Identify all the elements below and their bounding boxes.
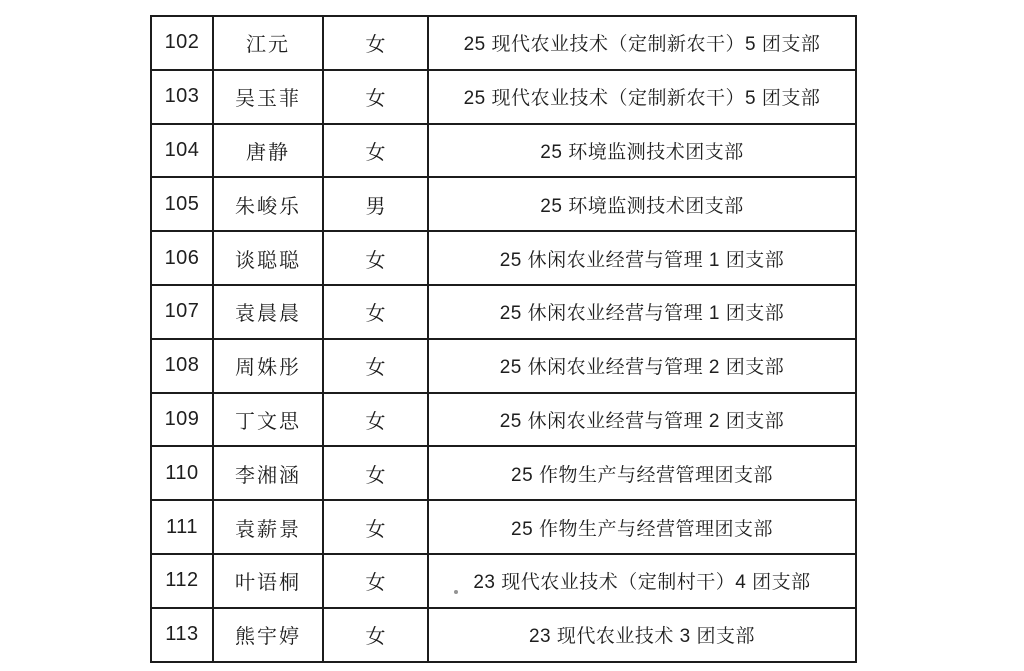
gender-cell: 女: [323, 231, 428, 285]
table-row: 106谈聪聪女25 休闲农业经营与管理 1 团支部: [151, 231, 856, 285]
row-number-cell: 103: [151, 70, 213, 124]
row-number-cell: 112: [151, 554, 213, 608]
table-row: 105朱峻乐男25 环境监测技术团支部: [151, 177, 856, 231]
document-page: 102江元女25 现代农业技术（定制新农干）5 团支部103吴玉菲女25 现代农…: [0, 0, 1024, 671]
name-cell: 江元: [213, 16, 323, 70]
row-number-cell: 113: [151, 608, 213, 662]
gender-cell: 女: [323, 16, 428, 70]
table-row: 107袁晨晨女25 休闲农业经营与管理 1 团支部: [151, 285, 856, 339]
row-number-cell: 111: [151, 500, 213, 554]
name-cell: 袁薪景: [213, 500, 323, 554]
table-row: 103吴玉菲女25 现代农业技术（定制新农干）5 团支部: [151, 70, 856, 124]
table-row: 108周姝彤女25 休闲农业经营与管理 2 团支部: [151, 339, 856, 393]
gender-cell: 女: [323, 446, 428, 500]
table-row: 109丁文思女25 休闲农业经营与管理 2 团支部: [151, 393, 856, 447]
name-cell: 袁晨晨: [213, 285, 323, 339]
row-number-cell: 102: [151, 16, 213, 70]
name-cell: 周姝彤: [213, 339, 323, 393]
name-cell: 丁文思: [213, 393, 323, 447]
name-cell: 吴玉菲: [213, 70, 323, 124]
name-cell: 叶语桐: [213, 554, 323, 608]
name-cell: 熊宇婷: [213, 608, 323, 662]
branch-cell: 23 现代农业技术（定制村干）4 团支部: [428, 554, 856, 608]
roster-table: 102江元女25 现代农业技术（定制新农干）5 团支部103吴玉菲女25 现代农…: [150, 15, 857, 663]
table-row: 112叶语桐女23 现代农业技术（定制村干）4 团支部: [151, 554, 856, 608]
table-row: 110李湘涵女25 作物生产与经营管理团支部: [151, 446, 856, 500]
gender-cell: 男: [323, 177, 428, 231]
branch-cell: 25 环境监测技术团支部: [428, 124, 856, 178]
gender-cell: 女: [323, 339, 428, 393]
gender-cell: 女: [323, 500, 428, 554]
row-number-cell: 109: [151, 393, 213, 447]
branch-cell: 25 现代农业技术（定制新农干）5 团支部: [428, 16, 856, 70]
scan-speck-artifact: [454, 590, 458, 594]
table-row: 102江元女25 现代农业技术（定制新农干）5 团支部: [151, 16, 856, 70]
name-cell: 唐静: [213, 124, 323, 178]
name-cell: 谈聪聪: [213, 231, 323, 285]
gender-cell: 女: [323, 393, 428, 447]
branch-cell: 25 作物生产与经营管理团支部: [428, 446, 856, 500]
gender-cell: 女: [323, 285, 428, 339]
branch-cell: 25 环境监测技术团支部: [428, 177, 856, 231]
roster-table-body: 102江元女25 现代农业技术（定制新农干）5 团支部103吴玉菲女25 现代农…: [151, 16, 856, 662]
gender-cell: 女: [323, 124, 428, 178]
branch-cell: 25 休闲农业经营与管理 1 团支部: [428, 231, 856, 285]
branch-cell: 25 现代农业技术（定制新农干）5 团支部: [428, 70, 856, 124]
branch-cell: 25 休闲农业经营与管理 2 团支部: [428, 339, 856, 393]
row-number-cell: 107: [151, 285, 213, 339]
gender-cell: 女: [323, 608, 428, 662]
branch-cell: 25 休闲农业经营与管理 1 团支部: [428, 285, 856, 339]
table-row: 104唐静女25 环境监测技术团支部: [151, 124, 856, 178]
table-row: 111袁薪景女25 作物生产与经营管理团支部: [151, 500, 856, 554]
row-number-cell: 105: [151, 177, 213, 231]
name-cell: 朱峻乐: [213, 177, 323, 231]
row-number-cell: 104: [151, 124, 213, 178]
branch-cell: 25 休闲农业经营与管理 2 团支部: [428, 393, 856, 447]
row-number-cell: 110: [151, 446, 213, 500]
gender-cell: 女: [323, 70, 428, 124]
branch-cell: 25 作物生产与经营管理团支部: [428, 500, 856, 554]
table-row: 113熊宇婷女23 现代农业技术 3 团支部: [151, 608, 856, 662]
row-number-cell: 108: [151, 339, 213, 393]
name-cell: 李湘涵: [213, 446, 323, 500]
row-number-cell: 106: [151, 231, 213, 285]
gender-cell: 女: [323, 554, 428, 608]
branch-cell: 23 现代农业技术 3 团支部: [428, 608, 856, 662]
